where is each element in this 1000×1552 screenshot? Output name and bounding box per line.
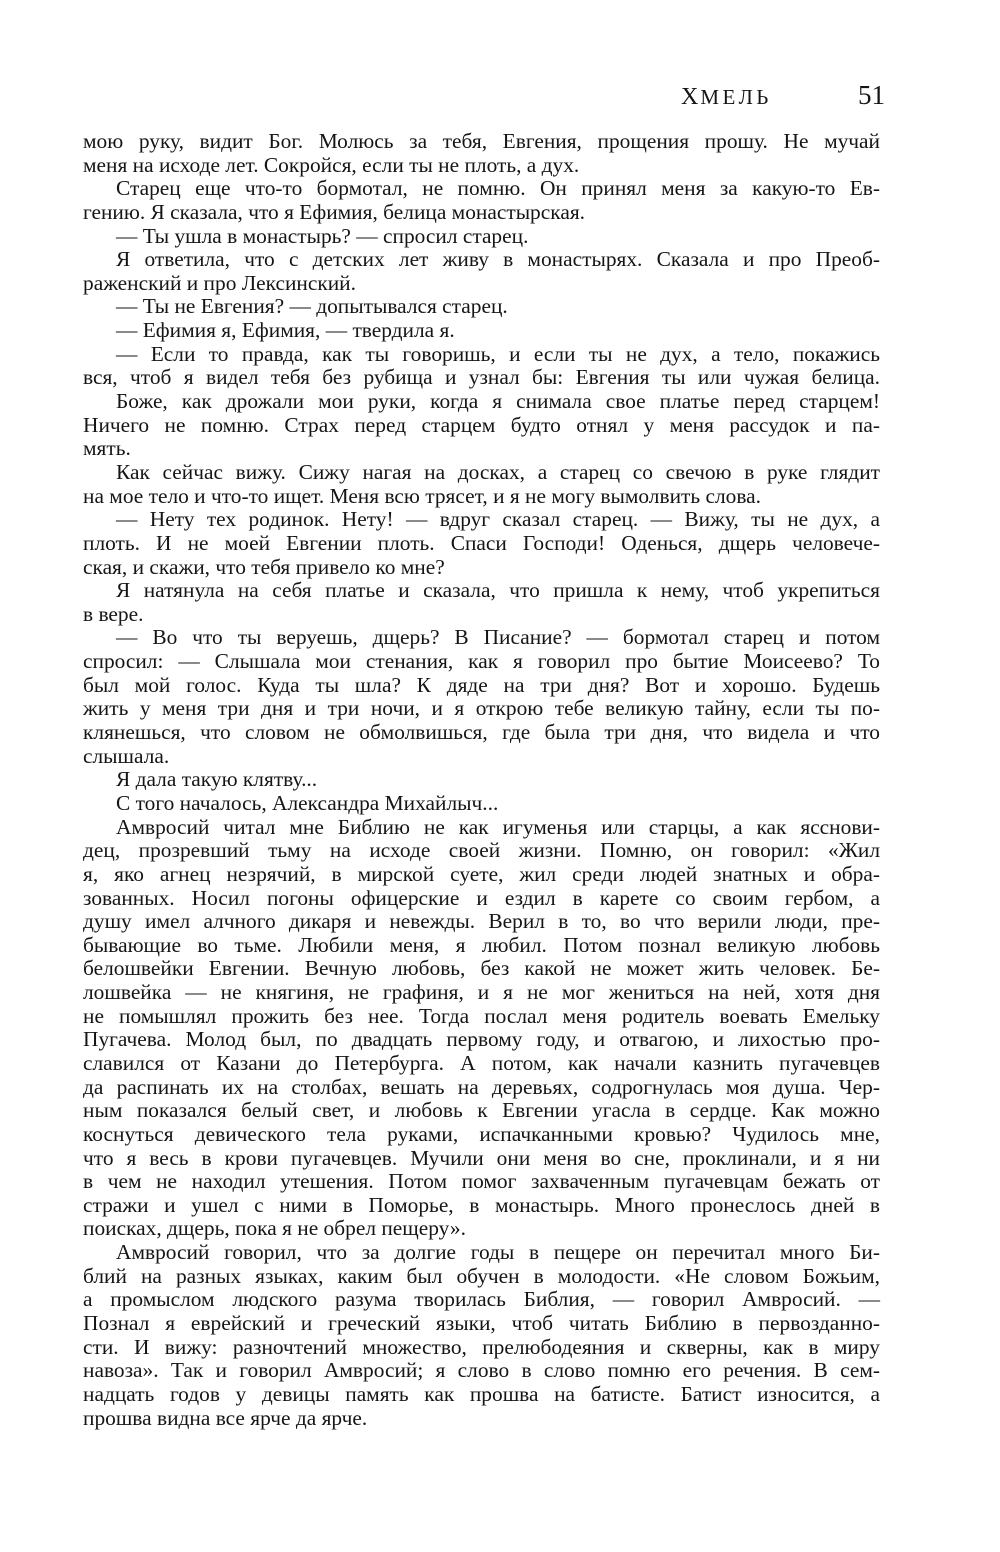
text-line: что я весь в крови пугачевцев. Мучили он… xyxy=(83,1147,880,1171)
text-line: — Ты ушла в монастырь? — спросил старец. xyxy=(83,225,880,249)
text-line: раженский и про Лексинский. xyxy=(83,272,880,296)
text-line: да распинать их на столбах, вешать на де… xyxy=(83,1076,880,1100)
text-line: Как сейчас вижу. Сижу нагая на досках, а… xyxy=(83,461,880,485)
text-line: в вере. xyxy=(83,603,880,627)
text-line: я, яко агнец незрячий, в мирской суете, … xyxy=(83,863,880,887)
running-head-title: ХМЕЛЬ xyxy=(681,84,772,111)
text-line: — Ефимия я, Ефимия, — твердила я. xyxy=(83,319,880,343)
text-line: плоть. И не моей Евгении плоть. Спаси Го… xyxy=(83,532,880,556)
text-line: коснуться девического тела руками, испач… xyxy=(83,1123,880,1147)
text-line: славился от Казани до Петербурга. А пото… xyxy=(83,1052,880,1076)
text-line: сти. И вижу: разночтений множество, прел… xyxy=(83,1336,880,1360)
text-line: слышала. xyxy=(83,745,880,769)
text-line: Пугачева. Молод был, по двадцать первому… xyxy=(83,1028,880,1052)
text-line: — Если то правда, как ты говоришь, и есл… xyxy=(83,343,880,367)
text-line: Амвросий говорил, что за долгие годы в п… xyxy=(83,1241,880,1265)
text-line: — Нету тех родинок. Нету! — вдруг сказал… xyxy=(83,508,880,532)
text-line: жить у меня три дня и три ночи, и я откр… xyxy=(83,697,880,721)
text-line: надцать годов у девицы память как прошва… xyxy=(83,1383,880,1407)
text-line: Старец еще что-то бормотал, не помню. Он… xyxy=(83,177,880,201)
text-line: меня на исходе лет. Сокройся, если ты не… xyxy=(83,154,880,178)
page-number: 51 xyxy=(858,80,885,111)
body-text: мою руку, видит Бог. Молюсь за тебя, Евг… xyxy=(83,130,880,1430)
text-line: вся, чтоб я видел тебя без рубища и узна… xyxy=(83,366,880,390)
book-page: ХМЕЛЬ 51 мою руку, видит Бог. Молюсь за … xyxy=(0,0,1000,1552)
text-line: мять. xyxy=(83,437,880,461)
running-head-title-initial: Х xyxy=(681,84,700,110)
text-line: гению. Я сказала, что я Ефимия, белица м… xyxy=(83,201,880,225)
text-line: а промыслом людского разума творилась Би… xyxy=(83,1288,880,1312)
text-line: — Ты не Евгения? — допытывался старец. xyxy=(83,295,880,319)
text-line: мою руку, видит Бог. Молюсь за тебя, Евг… xyxy=(83,130,880,154)
text-line: ным показался белый свет, и любовь к Евг… xyxy=(83,1099,880,1123)
running-head: ХМЕЛЬ 51 xyxy=(0,80,1000,116)
text-line: спросил: — Слышала мои стенания, как я г… xyxy=(83,650,880,674)
text-line: поисках, дщерь, пока я не обрел пещеру». xyxy=(83,1217,880,1241)
text-line: клянешься, что словом не обмолвишься, гд… xyxy=(83,721,880,745)
text-line: зованных. Носил погоны офицерские и езди… xyxy=(83,887,880,911)
text-line: на мое тело и что-то ищет. Меня всю тряс… xyxy=(83,485,880,509)
text-line: Я ответила, что с детских лет живу в мон… xyxy=(83,248,880,272)
text-line: блий на разных языках, каким был обучен … xyxy=(83,1265,880,1289)
text-line: Боже, как дрожали мои руки, когда я сним… xyxy=(83,390,880,414)
text-line: Познал я еврейский и греческий языки, чт… xyxy=(83,1312,880,1336)
text-line: лошвейка — не княгиня, не графиня, и я н… xyxy=(83,981,880,1005)
text-line: навоза». Так и говорил Амвросий; я слово… xyxy=(83,1359,880,1383)
text-line: стражи и ушел с ними в Поморье, в монаст… xyxy=(83,1194,880,1218)
text-line: Ничего не помню. Страх перед старцем буд… xyxy=(83,414,880,438)
text-line: в чем не находил утешения. Потом помог з… xyxy=(83,1170,880,1194)
text-line: Я дала такую клятву... xyxy=(83,768,880,792)
running-head-title-rest: МЕЛЬ xyxy=(700,85,772,109)
text-line: прошва видна все ярче да ярче. xyxy=(83,1407,880,1431)
text-line: был мой голос. Куда ты шла? К дяде на тр… xyxy=(83,674,880,698)
text-line: С того началось, Александра Михайлыч... xyxy=(83,792,880,816)
text-line: Я натянула на себя платье и сказала, что… xyxy=(83,579,880,603)
text-line: душу имел алчного дикаря и невежды. Вери… xyxy=(83,910,880,934)
text-line: ская, и скажи, что тебя привело ко мне? xyxy=(83,556,880,580)
text-line: белошвейки Евгении. Вечную любовь, без к… xyxy=(83,957,880,981)
text-line: дец, прозревший тьму на исходе своей жиз… xyxy=(83,839,880,863)
text-line: Амвросий читал мне Библию не как игумень… xyxy=(83,816,880,840)
text-line: — Во что ты веруешь, дщерь? В Писание? —… xyxy=(83,626,880,650)
text-line: бывающие во тьме. Любили меня, я любил. … xyxy=(83,934,880,958)
text-line: не помышлял прожить без нее. Тогда посла… xyxy=(83,1005,880,1029)
